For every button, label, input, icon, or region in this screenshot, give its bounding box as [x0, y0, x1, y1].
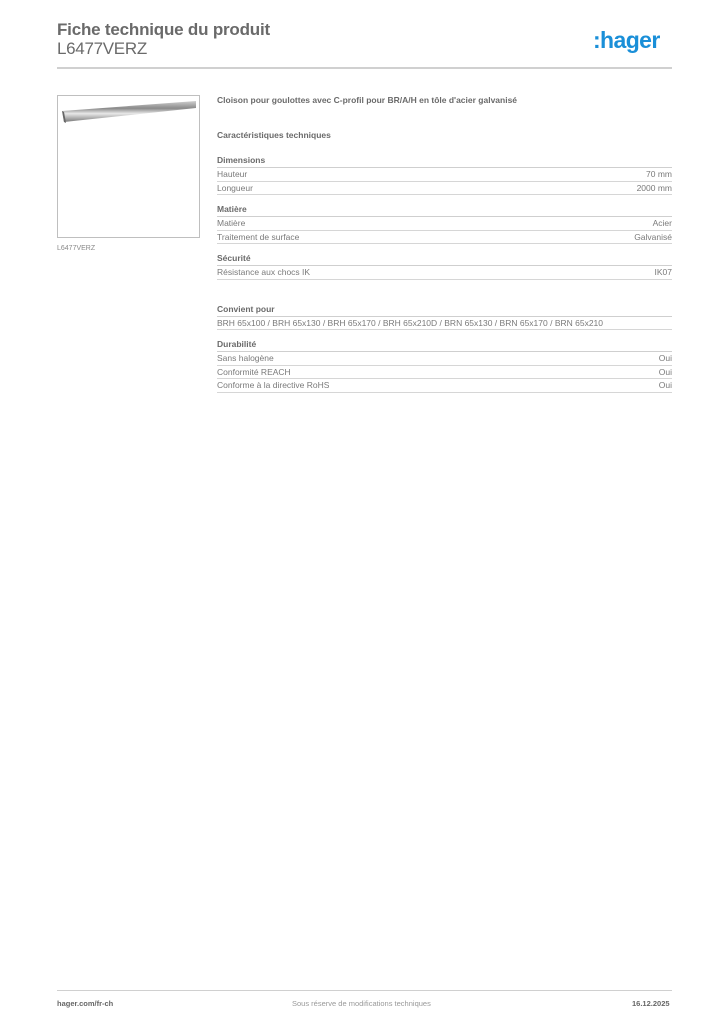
- spec-label: Sans halogène: [217, 352, 274, 365]
- spec-row: Résistance aux chocs IKIK07: [217, 266, 672, 280]
- spec-label: BRH 65x100 / BRH 65x130 / BRH 65x170 / B…: [217, 317, 603, 330]
- specs-title: Caractéristiques techniques: [217, 130, 672, 140]
- spec-label: Hauteur: [217, 168, 247, 181]
- spec-value: Oui: [659, 366, 672, 379]
- spec-groups: DimensionsHauteur70 mmLongueur2000 mmMat…: [217, 155, 672, 393]
- spec-row: Sans halogèneOui: [217, 352, 672, 366]
- spec-label: Matière: [217, 217, 245, 230]
- cable-trunking-partition-icon: [58, 96, 201, 239]
- spec-group-title: Matière: [217, 204, 672, 217]
- footer-divider: [57, 990, 672, 991]
- product-image: [57, 95, 200, 238]
- spec-row: Conformité REACHOui: [217, 366, 672, 380]
- footer-date: 16.12.2025: [632, 999, 670, 1008]
- spec-value: Acier: [653, 217, 672, 230]
- spec-value: 2000 mm: [637, 182, 672, 195]
- spec-row: Longueur2000 mm: [217, 182, 672, 196]
- page-title: Fiche technique du produit: [57, 20, 270, 40]
- spec-content: Cloison pour goulottes avec C-profil pou…: [217, 95, 672, 402]
- header-divider: [57, 67, 672, 69]
- spec-group-title: Sécurité: [217, 253, 672, 266]
- product-reference: L6477VERZ: [57, 39, 147, 59]
- hager-logo: :hager: [593, 27, 660, 54]
- spec-row: Hauteur70 mm: [217, 168, 672, 182]
- spec-label: Conformité REACH: [217, 366, 291, 379]
- spec-value: IK07: [655, 266, 673, 279]
- spec-row: MatièreAcier: [217, 217, 672, 231]
- spec-label: Longueur: [217, 182, 253, 195]
- spec-group: Convient pourBRH 65x100 / BRH 65x130 / B…: [217, 304, 672, 331]
- product-description: Cloison pour goulottes avec C-profil pou…: [217, 95, 672, 109]
- spec-group: DurabilitéSans halogèneOuiConformité REA…: [217, 339, 672, 393]
- spec-value: Oui: [659, 352, 672, 365]
- spec-label: Conforme à la directive RoHS: [217, 379, 329, 392]
- footer-disclaimer: Sous réserve de modifications techniques: [292, 999, 431, 1008]
- spec-group: MatièreMatièreAcierTraitement de surface…: [217, 204, 672, 244]
- image-caption: L6477VERZ: [57, 245, 95, 252]
- spec-value: Oui: [659, 379, 672, 392]
- spec-group-title: Convient pour: [217, 304, 672, 317]
- spec-label: Résistance aux chocs IK: [217, 266, 310, 279]
- spec-label: Traitement de surface: [217, 231, 299, 244]
- spec-group-title: Dimensions: [217, 155, 672, 168]
- footer-website[interactable]: hager.com/fr-ch: [57, 999, 113, 1008]
- spec-value: 70 mm: [646, 168, 672, 181]
- spec-group: DimensionsHauteur70 mmLongueur2000 mm: [217, 155, 672, 195]
- spec-row: BRH 65x100 / BRH 65x130 / BRH 65x170 / B…: [217, 317, 672, 331]
- spec-group-title: Durabilité: [217, 339, 672, 352]
- spec-value: Galvanisé: [634, 231, 672, 244]
- spec-group: SécuritéRésistance aux chocs IKIK07: [217, 253, 672, 280]
- spec-row: Traitement de surfaceGalvanisé: [217, 231, 672, 245]
- spec-row: Conforme à la directive RoHSOui: [217, 379, 672, 393]
